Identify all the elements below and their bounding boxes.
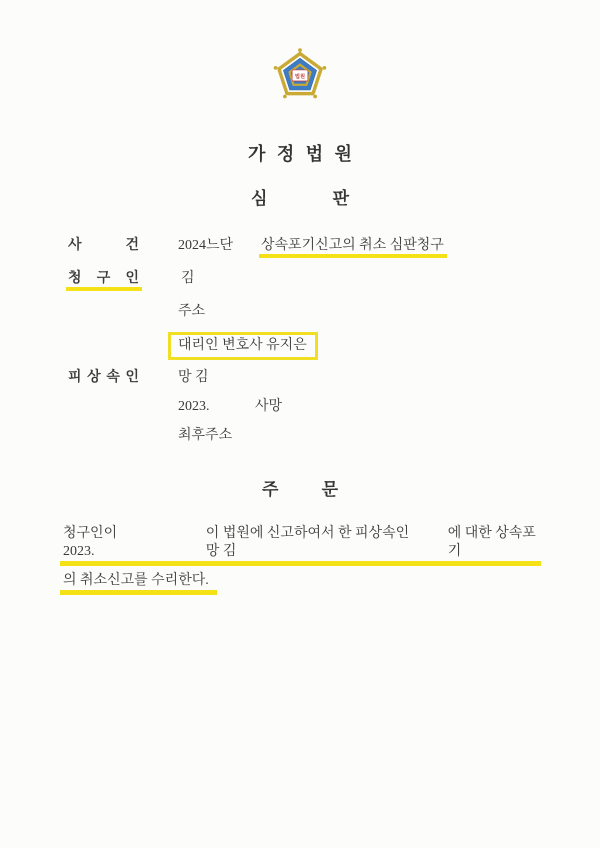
court-document-page: 법원 가정법원 심판 사건 2024느단 상속포기신고의 취소 심판청구 청구인… <box>0 0 600 848</box>
case-number: 2024느단 <box>178 237 261 254</box>
field-row-representative: 대리인 변호사 유지은 <box>68 332 600 360</box>
order-line1-part2: 이 법원에 신고하여서 한 피상속인 망 김 <box>206 525 424 561</box>
claimant-label: 청구인 <box>66 270 142 291</box>
representative-box: 대리인 변호사 유지은 <box>168 332 318 360</box>
death-year: 2023. <box>178 398 255 415</box>
field-row-death: 2023. 사망 <box>68 398 600 415</box>
field-row-claimant: 청구인 김 <box>68 270 600 291</box>
death-word: 사망 <box>255 398 282 415</box>
field-row-case: 사건 2024느단 상속포기신고의 취소 심판청구 <box>68 237 600 258</box>
order-line1-part3: 에 대한 상속포기 <box>448 525 541 561</box>
decedent-name: 망 김 <box>178 369 209 386</box>
case-label: 사건 <box>68 237 139 254</box>
last-address-label: 최후주소 <box>178 427 232 444</box>
field-row-decedent: 피상속인 망 김 <box>68 369 600 386</box>
field-row-last-address: 최후주소 <box>68 427 600 444</box>
case-fields: 사건 2024느단 상속포기신고의 취소 심판청구 청구인 김 주소 대리인 변… <box>68 237 600 444</box>
field-row-address: 주소 <box>68 303 600 320</box>
order-body: 청구인이 2023. 이 법원에 신고하여서 한 피상속인 망 김 에 대한 상… <box>60 525 600 595</box>
order-line-1: 청구인이 2023. 이 법원에 신고하여서 한 피상속인 망 김 에 대한 상… <box>60 525 541 566</box>
order-heading: 주문 <box>262 480 338 500</box>
court-name: 가정법원 <box>248 144 352 165</box>
order-line-2: 의 취소신고를 수리한다. <box>60 572 217 595</box>
case-name-highlighted: 상속포기신고의 취소 심판청구 <box>259 237 447 258</box>
claimant-name: 김 <box>181 270 195 287</box>
document-title: 심판 <box>251 189 349 209</box>
order-line1-part1: 청구인이 2023. <box>63 525 145 561</box>
decedent-label: 피상속인 <box>68 369 139 386</box>
address-label: 주소 <box>178 303 205 320</box>
court-emblem-icon: 법원 <box>265 40 335 108</box>
